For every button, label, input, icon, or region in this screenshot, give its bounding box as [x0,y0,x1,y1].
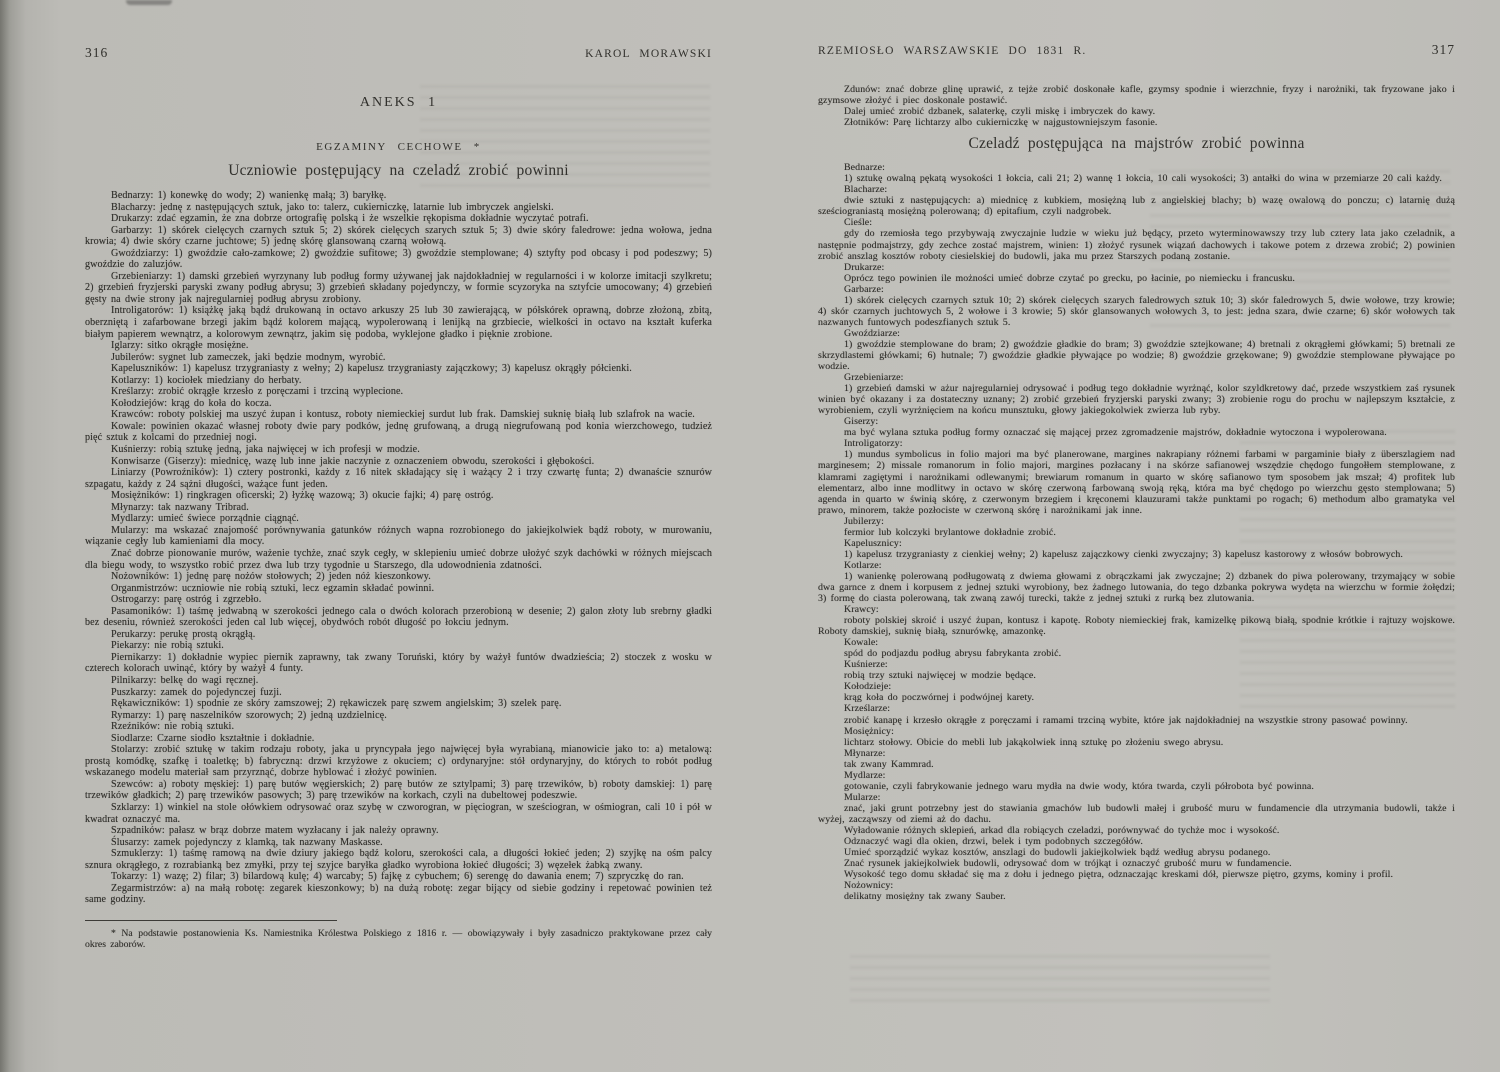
exam-paragraph: Rzeźników: nie robią sztuki. [85,721,712,733]
exam-paragraph: Pilnikarzy: belkę do wagi ręcznej. [85,675,712,687]
trade-paragraph: Kołodzieje: [818,681,1455,692]
bleed-through-artifact [850,955,1270,1010]
running-header: RZEMIOSŁO WARSZAWSKIE DO 1831 R. [818,45,1086,57]
section-heading: Uczniowie postępujący na czeladź zrobić … [85,162,712,180]
trade-paragraph: Młynarze: [818,748,1455,759]
exam-paragraph: Kuśnierzy: robią sztukę jedną, jaka najw… [85,444,712,456]
trade-paragraph: ma być wylana sztuka podług formy oznacz… [818,427,1455,438]
trade-paragraph: gotowanie, czyli fabrykowanie jednego wa… [818,781,1455,792]
exam-paragraph: Szpadników: pałasz w brąz dobrze matem w… [85,825,712,837]
exam-paragraph: Mosiężników: 1) ringkragen oficerski; 2)… [85,490,712,502]
trade-paragraph: Krawcy: [818,604,1455,615]
exam-paragraph: Stolarzy: zrobić sztukę w takim rodzaju … [85,744,712,779]
annex-title: ANEKS 1 [85,95,712,111]
exam-paragraph: Konwisarze (Giserzy): miednicę, wazę lub… [85,456,712,468]
trade-paragraph: Wysokość tego domu składać się ma z dołu… [818,869,1455,880]
trade-paragraph: Kuśnierze: [818,659,1455,670]
exam-paragraph: Liniarzy (Powroźników): 1) cztery postro… [85,467,712,490]
scan-smudge [126,0,172,5]
trade-paragraph: fermior lub kolczyki brylantowe dokładni… [818,527,1455,538]
exam-paragraph: Ślusarzy: zamek pojedynczy z klamką, tak… [85,837,712,849]
trade-paragraph: Giserzy: [818,416,1455,427]
exam-paragraph: Tokarzy: 1) wazę; 2) filar; 3) bilardową… [85,871,712,883]
exam-paragraph: Garbarzy: 1) skórek cielęcych czarnych s… [85,225,712,248]
exam-paragraph: Drukarzy: zdać egzamin, że zna dobrze or… [85,213,712,225]
page-intro: Zdunów: znać dobrze glinę uprawić, z tej… [818,84,1455,128]
trade-paragraph: lichtarz stołowy. Obicie do mebli lub ja… [818,737,1455,748]
exam-paragraph: Szewców: a) roboty męskiej: 1) parę butó… [85,779,712,802]
exam-paragraph: Kowale: powinien okazać własnej roboty d… [85,421,712,444]
trade-paragraph: 1) kapelusz trzygraniasty z cienkiej weł… [818,549,1455,560]
exam-paragraph: Jubilerów: sygnet lub zameczek, jaki będ… [85,352,712,364]
exam-paragraph: Kotlarzy: 1) kociołek miedziany do herba… [85,375,712,387]
exam-paragraph: Mydlarzy: umieć świece porządnie ciągnąć… [85,513,712,525]
exam-paragraph: Kreślarzy: zrobić okrągłe krzesło z porę… [85,386,712,398]
trade-paragraph: 1) sztukę owalną pękatą wysokości 1 łokc… [818,173,1455,184]
page-body: Bednarze:1) sztukę owalną pękatą wysokoś… [818,162,1455,902]
trade-paragraph: Grzebieniarze: [818,372,1455,383]
trade-paragraph: Garbarze: [818,284,1455,295]
intro-paragraph: Dalej umieć zrobić dzbanek, salaterkę, c… [818,106,1455,117]
trade-paragraph: Wyładowanie różnych sklepień, arkad dla … [818,825,1455,836]
trade-paragraph: Gwoździarze: [818,328,1455,339]
trade-paragraph: Nożownicy: [818,880,1455,891]
exam-paragraph: Pasamoników: 1) taśmę jedwabną w szeroko… [85,606,712,629]
page-header-left: 316 KAROL MORAWSKI [85,45,712,61]
trade-paragraph: gdy do rzemiosła tego przybywają zwyczaj… [818,228,1455,261]
trade-paragraph: znać, jaki grunt potrzebny jest do stawi… [818,803,1455,825]
exam-paragraph: Iglarzy: sitko okrągłe mosiężne. [85,340,712,352]
exam-paragraph: Kapeluszników: 1) kapelusz trzygraniasty… [85,363,712,375]
trade-paragraph: roboty polskiej skroić i uszyć żupan, ko… [818,615,1455,637]
trade-paragraph: Kowale: [818,637,1455,648]
trade-paragraph: Mularze: [818,792,1455,803]
trade-paragraph: tak zwany Kammrad. [818,759,1455,770]
exam-paragraph: Szmuklerzy: 1) taśmę ramową na dwie dziu… [85,848,712,871]
exam-paragraph: Grzebieniarzy: 1) damski grzebień wyrzyn… [85,271,712,306]
trade-paragraph: Cieśle: [818,217,1455,228]
exam-paragraph: Siodlarze: Czarne siodło kształtnie i do… [85,733,712,745]
trade-paragraph: robią trzy sztuki najwięcej w modzie będ… [818,670,1455,681]
exam-paragraph: Perukarzy: perukę prostą okrągłą. [85,629,712,641]
intro-paragraph: Zdunów: znać dobrze glinę uprawić, z tej… [818,84,1455,106]
footnote-rule [85,920,337,921]
exam-paragraph: Ostrogarzy: parę ostróg i zgrzebło. [85,594,712,606]
exam-paragraph: Kołodziejów: krąg do koła do kocza. [85,398,712,410]
exam-paragraph: Blacharzy: jednę z następujących sztuk, … [85,202,712,214]
trade-paragraph: krąg koła do poczwórnej i podwójnej kare… [818,692,1455,703]
trade-paragraph: 1) gwoździe stemplowane do bram; 2) gwoź… [818,339,1455,372]
trade-paragraph: Krześlarze: [818,703,1455,714]
exam-paragraph: Nożowników: 1) jednę parę nożów stołowyc… [85,571,712,583]
page-header-right: RZEMIOSŁO WARSZAWSKIE DO 1831 R. 317 [818,42,1455,58]
page-number: 316 [85,45,108,61]
trade-paragraph: Umieć sporządzić wykaz kosztów, anszlagi… [818,847,1455,858]
trade-paragraph: Bednarze: [818,162,1455,173]
trade-paragraph: 1) grzebień damski w ażur najregularniej… [818,383,1455,416]
trade-paragraph: 1) skórek cielęcych czarnych sztuk 10; 2… [818,295,1455,328]
exam-paragraph: Bednarzy: 1) konewkę do wody; 2) wanienk… [85,190,712,202]
trade-paragraph: Introligatorzy: [818,438,1455,449]
exam-paragraph: Młynarzy: tak nazwany Tribrad. [85,502,712,514]
trade-paragraph: Odznaczyć wagi dla okien, drzwi, belek i… [818,836,1455,847]
trade-paragraph: Blacharze: [818,184,1455,195]
book-spread: 316 KAROL MORAWSKI ANEKS 1 EGZAMINY CECH… [0,0,1500,1072]
exam-paragraph: Zegarmistrzów: a) na małą robotę: zegare… [85,883,712,906]
exam-paragraph: Introligatorów: 1) książkę jaką bądź dru… [85,305,712,340]
footnote: * Na podstawie postanowienia Ks. Namiest… [85,928,712,951]
exam-paragraph: Organmistrzów: uczniowie nie robią sztuk… [85,583,712,595]
trade-paragraph: 1) mundus symbolicus in folio majori ma … [818,449,1455,515]
exam-paragraph: Gwoździarzy: 1) gwoździe cało-zamkowe; 2… [85,248,712,271]
exam-paragraph: Rymarzy: 1) parę naszelników szorowych; … [85,710,712,722]
exam-paragraph: Mularzy: ma wskazać znajomość porównywan… [85,525,712,548]
trade-paragraph: Jubilerzy: [818,516,1455,527]
page-317: RZEMIOSŁO WARSZAWSKIE DO 1831 R. 317 Zdu… [818,42,1455,902]
trade-paragraph: delikatny mosiężny tak zwany Sauber. [818,891,1455,902]
intro-paragraph: Złotników: Parę lichtarzy albo cukiernic… [818,117,1455,128]
exam-paragraph: Znać dobrze pionowanie murów, ważenie ty… [85,548,712,571]
annex-subtitle: EGZAMINY CECHOWE * [85,141,712,153]
exam-paragraph: Piekarzy: nie robią sztuki. [85,640,712,652]
trade-paragraph: Kotlarze: [818,560,1455,571]
section-heading: Czeladź postępująca na majstrów zrobić p… [818,135,1455,153]
trade-paragraph: Znać rysunek jakiejkolwiek budowli, odry… [818,858,1455,869]
exam-paragraph: Krawców: roboty polskiej ma uszyć żupan … [85,409,712,421]
trade-paragraph: Drukarze: [818,262,1455,273]
exam-paragraph: Piernikarzy: 1) dokładnie wypiec piernik… [85,652,712,675]
page-number: 317 [1432,42,1455,58]
trade-paragraph: dwie sztuki z następujących: a) miednicę… [818,195,1455,217]
exam-paragraph: Rękawiczników: 1) spodnie ze skóry zamsz… [85,698,712,710]
running-header: KAROL MORAWSKI [585,48,712,60]
trade-paragraph: Mydlarze: [818,770,1455,781]
trade-paragraph: Mosiężnicy: [818,726,1455,737]
page-316: 316 KAROL MORAWSKI ANEKS 1 EGZAMINY CECH… [85,45,712,951]
trade-paragraph: zrobić kanapę i krzesło okrągłe z poręcz… [818,715,1455,726]
page-body: Bednarzy: 1) konewkę do wody; 2) wanienk… [85,190,712,906]
exam-paragraph: Szklarzy: 1) winkiel na stole ołówkiem o… [85,802,712,825]
trade-paragraph: Kapelusznicy: [818,538,1455,549]
trade-paragraph: 1) wanienkę polerowaną podługowatą z dwi… [818,571,1455,604]
trade-paragraph: spód do podjazdu podług abrysu fabrykant… [818,648,1455,659]
trade-paragraph: Oprócz tego powinien ile możności umieć … [818,273,1455,284]
exam-paragraph: Puszkarzy: zamek do pojedynczej fuzji. [85,687,712,699]
